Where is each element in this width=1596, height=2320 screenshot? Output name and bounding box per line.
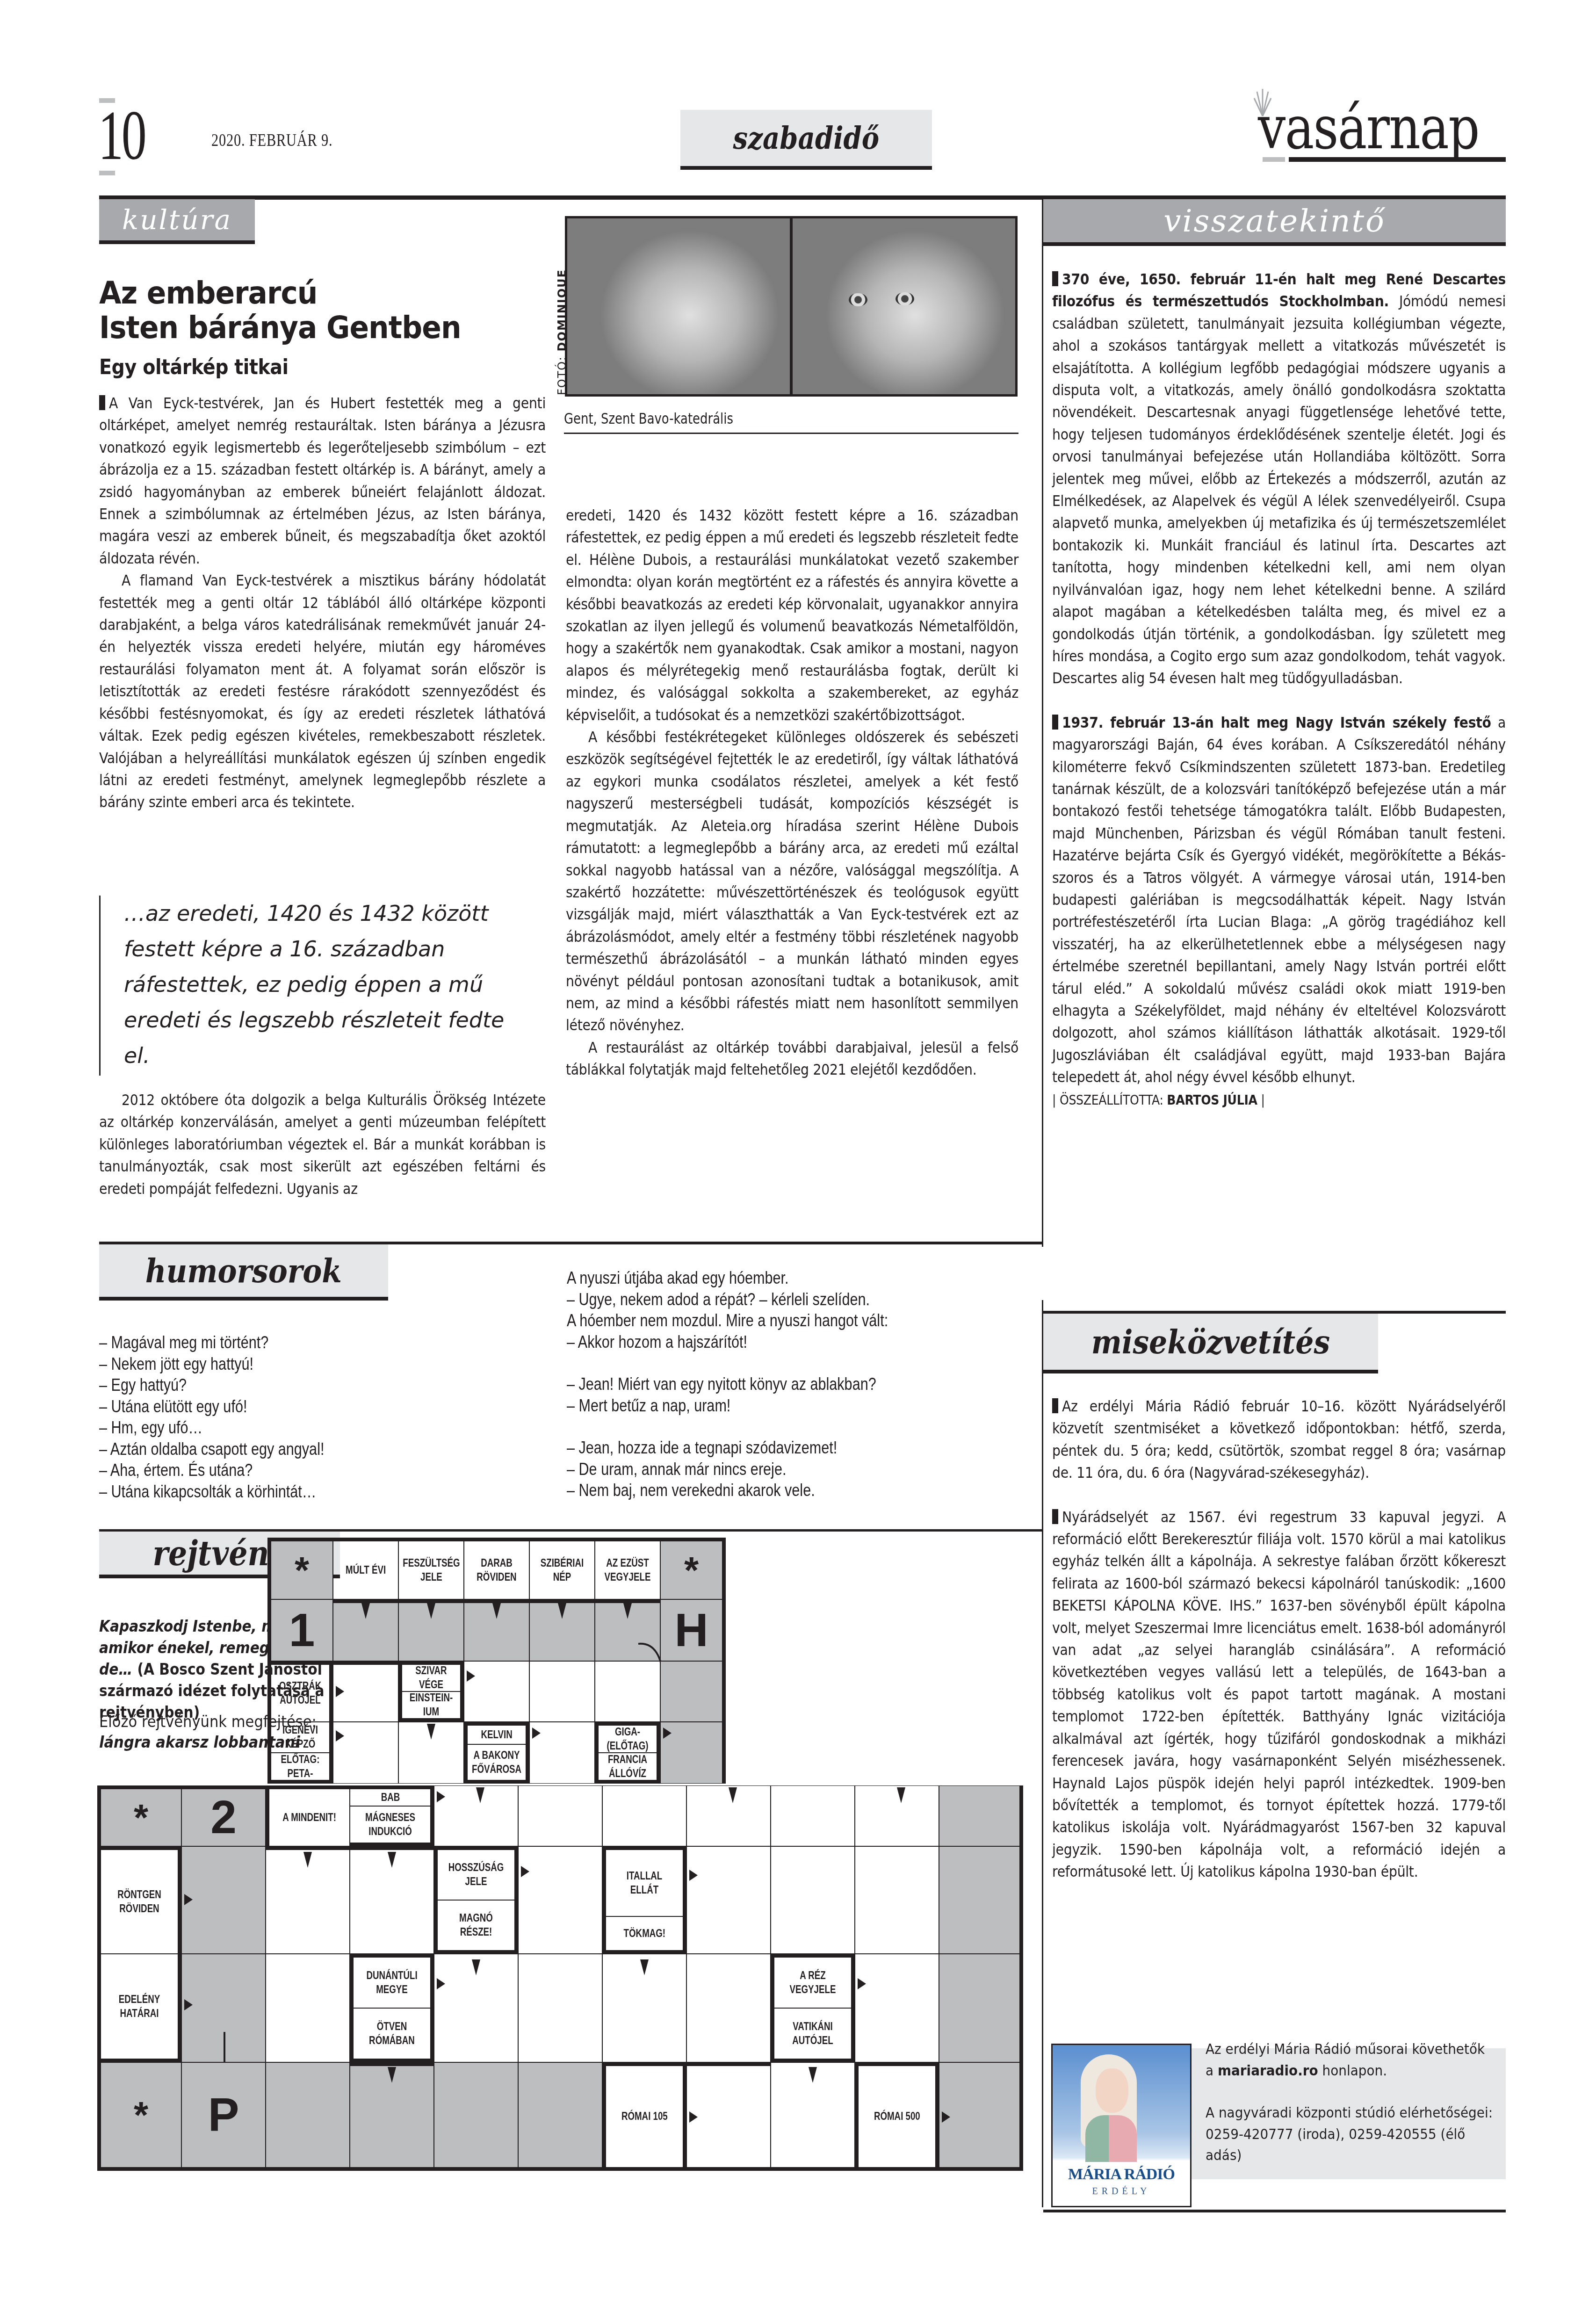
cw-clue: MÚLT ÉVI (333, 1538, 398, 1599)
cw-clue: AZ EZÜST VEGYJELE (595, 1538, 660, 1599)
cw-cell[interactable] (855, 1846, 939, 1954)
cw-clue: BAB (350, 1785, 434, 1806)
pull-quote-text: …az eredeti, 1420 és 1432 között festett… (124, 901, 504, 1068)
cw-cell[interactable] (518, 1785, 602, 1846)
article-paragraph: A flamand Van Eyck-testvérek a misztikus… (99, 570, 546, 814)
cw-clue: ITALLAL ELLÁT (602, 1846, 686, 1916)
cw-cell[interactable] (939, 1846, 1023, 1954)
arrow-right-icon (532, 1727, 541, 1739)
page-number-bar-bottom (99, 171, 115, 175)
arrow-right-icon (689, 2111, 698, 2123)
article-col1-bottom: 2012 októbere óta dolgozik a belga Kultu… (99, 1090, 546, 1200)
cw-clue: IGENÉVI KÉPZŐ (267, 1722, 333, 1753)
lead-marker (1052, 1398, 1058, 1413)
logo-brand: MÁRIA RÁDIÓ (1053, 2166, 1190, 2183)
kultura-label-text: kultúra (122, 204, 232, 236)
misekozvetites-label: miseközvetítés (1043, 1314, 1378, 1373)
page-number: 10 (98, 101, 144, 171)
lamb-eye (849, 293, 867, 306)
cw-clue: FESZÜLTSÉG JELE (398, 1538, 464, 1599)
cw-clue: DARAB RÖVIDEN (464, 1538, 529, 1599)
cw-cell[interactable] (518, 1846, 602, 1954)
article-paragraph: A későbbi festékrétegeket különleges old… (566, 727, 1018, 1037)
lead-marker (1052, 1509, 1058, 1524)
cw-cell[interactable] (939, 1785, 1023, 1846)
radio-website-link[interactable]: mariaradio.ro (1218, 2062, 1318, 2079)
visszatekinto-body: 370 éve, 1650. február 11-én halt meg Re… (1052, 269, 1506, 1111)
article-paragraph: A restaurálást az oltárkép további darab… (566, 1037, 1018, 1082)
section-title: szabadidő (733, 120, 880, 156)
arrow-down-icon (640, 1959, 649, 1975)
nyaradselye-history: Nyárádselyét az 1567. évi regestrum 33 k… (1052, 1507, 1506, 1884)
cw-cell[interactable] (855, 1954, 939, 2062)
cw-clue: ELŐTAG: PETA- (267, 1753, 333, 1784)
arrow-right-icon (942, 2111, 950, 2123)
cw-clue: MAGNÓ RÉSZE! (434, 1900, 518, 1954)
jokes-left: – Magával meg mi történt? – Nekem jött e… (99, 1332, 520, 1502)
jokes-right: A nyuszi útjába akad egy hóember. – Ugye… (567, 1267, 1034, 1501)
visszatekinto-label: visszatekintő (1043, 199, 1506, 246)
cw-clue: A RÉZ VEGYJELE (771, 1954, 855, 2008)
newspaper-logo: vasárnap (1253, 94, 1506, 168)
arrow-right-icon (336, 1686, 344, 1697)
kultura-label: kultúra (99, 199, 255, 244)
cw-cell[interactable] (939, 2062, 1023, 2171)
humorsorok-label-text: humorsorok (145, 1251, 342, 1290)
arrow-right-icon (437, 1978, 445, 1989)
descartes-item: 370 éve, 1650. február 11-én halt meg Re… (1052, 269, 1506, 690)
logo-underline-dark (1289, 157, 1506, 162)
cw-cell[interactable] (686, 1954, 771, 2062)
cw-star: * (97, 1785, 181, 1846)
caption-rule (564, 433, 1018, 434)
logo-region: ERDÉLY (1053, 2186, 1190, 2197)
cw-cell[interactable] (686, 2062, 771, 2171)
lamb-eye (895, 292, 914, 305)
issue-date: 2020. FEBRUÁR 9. (211, 130, 332, 151)
column-divider (1042, 199, 1043, 1247)
cw-clue: TÖKMAG! (602, 1916, 686, 1954)
radio-contact-info: A nagyváradi központi stúdió elérhetőség… (1206, 2103, 1495, 2167)
column-divider (1042, 1300, 1043, 2207)
cw-number: 1 (267, 1599, 333, 1661)
mise-schedule: Az erdélyi Mária Rádió február 10–16. kö… (1052, 1396, 1506, 1485)
arrow-down-icon (361, 1603, 370, 1619)
joke-line: – Aztán oldalba csapott egy angyal! (99, 1438, 457, 1460)
cw-cell[interactable] (595, 1661, 660, 1722)
arrow-down-icon (427, 1724, 435, 1740)
arrow-right-icon (184, 1999, 193, 2010)
joke-line: – Aha, értem. És utána? (99, 1460, 457, 1481)
joke-line: – Utána elütött egy ufó! (99, 1396, 457, 1417)
article-paragraph: 2012 októbere óta dolgozik a belga Kultu… (99, 1090, 546, 1200)
cw-clue: ÖTVEN RÓMÁBAN (350, 2008, 434, 2062)
nagy-istvan-item: 1937. február 13-án halt meg Nagy István… (1052, 712, 1506, 1089)
cw-cell[interactable] (939, 1954, 1023, 2062)
arrow-down-icon (472, 1959, 480, 1975)
arrow-down-icon (492, 1603, 501, 1619)
radio-info-box: MÁRIA RÁDIÓ ERDÉLY Az erdélyi Mária Rádi… (1051, 2048, 1506, 2179)
article-subheadline: Egy oltárkép titkai (99, 355, 289, 379)
arrow-right-icon (858, 1978, 866, 1989)
cw-clue: A MINDENIT! (266, 1785, 350, 1846)
cw-clue: GIGA-(ELŐTAG) (595, 1722, 660, 1753)
byline: | ÖSSZEÁLLÍTOTTA: BARTOS JÚLIA | (1052, 1089, 1506, 1111)
humorsorok-label: humorsorok (99, 1244, 388, 1301)
joke-block: – Jean! Miért van egy nyitott könyv az a… (567, 1373, 1034, 1416)
arrow-down-icon (427, 1603, 435, 1619)
radio-website-info: Az erdélyi Mária Rádió műsorai követhető… (1206, 2039, 1495, 2081)
headline-line-1: Az emberarcú (99, 276, 491, 311)
lead-marker (1052, 715, 1058, 730)
article-col1-top: A Van Eyck-testvérek, Jan és Hubert fest… (99, 393, 546, 814)
arrow-down-icon (303, 1852, 312, 1868)
cw-cell[interactable] (434, 2062, 518, 2171)
arrow-down-icon (476, 1787, 484, 1803)
section-tab: szabadidő (680, 110, 932, 170)
arrow-right-icon (689, 1870, 698, 1881)
cw-cell[interactable] (771, 1846, 855, 1954)
cw-cell[interactable] (602, 1785, 686, 1846)
cw-cell[interactable] (660, 1661, 726, 1722)
cw-clue: EDELÉNY HATÁRAI (97, 1954, 181, 2062)
joke-line: – Utána kikapcsolták a körhintát… (99, 1481, 457, 1503)
article-paragraph: A Van Eyck-testvérek, Jan és Hubert fest… (99, 393, 546, 570)
maria-radio-logo: MÁRIA RÁDIÓ ERDÉLY (1051, 2044, 1192, 2207)
visszatekinto-label-text: visszatekintő (1163, 203, 1386, 239)
logo-wordmark: vasárnap (1258, 98, 1479, 158)
arrow-down-icon (558, 1603, 566, 1619)
cw-clue: MÁGNESES INDUKCIÓ (350, 1806, 434, 1846)
photo-caption: Gent, Szent Bavo-katedrális (564, 410, 733, 427)
article-col2: eredeti, 1420 és 1432 között festett kép… (566, 505, 1018, 1082)
radio-text: Az erdélyi Mária Rádió műsorai követhető… (1206, 2039, 1495, 2167)
cw-clue: RÖNTGEN RÖVIDEN (97, 1846, 181, 1954)
arrow-down-icon (388, 1852, 396, 1868)
joke-line: – Nekem jött egy hattyú! (99, 1353, 457, 1375)
lamb-after-restoration-image (790, 218, 1015, 394)
cw-letter: P (181, 2062, 266, 2171)
cw-star: * (267, 1538, 333, 1599)
arrow-right-icon (663, 1727, 672, 1739)
bottom-rule (1043, 2210, 1506, 2212)
joke-line: – Hm, egy ufó… (99, 1417, 457, 1438)
cw-clue: VATIKÁNI AUTÓJEL (771, 2008, 855, 2062)
arrow-down-icon (623, 1603, 632, 1619)
lead-marker (99, 395, 105, 410)
cw-star: * (660, 1538, 726, 1599)
cw-clue: SZIBÉRIAI NÉP (529, 1538, 595, 1599)
article-headline: Az emberarcú Isten báránya Gentben (99, 276, 491, 345)
lead-marker (1052, 271, 1058, 286)
cw-clue: OSZTRÁK AUTÓJEL (267, 1661, 333, 1722)
arrow-right-icon (336, 1730, 344, 1742)
cw-clue: HOSSZÚSÁG JELE (434, 1846, 518, 1900)
author-name: BARTOS JÚLIA (1167, 1092, 1257, 1108)
cw-cell[interactable] (266, 2062, 350, 2171)
cw-number: 2 (181, 1785, 266, 1846)
rejtveny-label-text: rejtvény (153, 1533, 287, 1573)
lamb-before-restoration-image (567, 218, 790, 394)
cw-clue: DUNÁNTÚLI MEGYE (350, 1954, 434, 2008)
cw-clue: A BAKONY FŐVÁROSA (464, 1744, 529, 1784)
cw-clue: RÓMAI 105 (602, 2062, 686, 2171)
cw-clue: SZIVAR VÉGE (398, 1661, 464, 1691)
arrow-down-icon (388, 2067, 396, 2083)
arrow-down-icon (897, 1787, 905, 1803)
joke-block: A nyuszi útjába akad egy hóember. – Ugye… (567, 1267, 1034, 1352)
logo-robe (1085, 2115, 1137, 2162)
cw-cell[interactable] (529, 1661, 595, 1722)
cw-cell[interactable] (771, 1785, 855, 1846)
arrow-right-icon (437, 1791, 445, 1802)
arrow-right-icon (184, 1894, 193, 1905)
arrow-right-icon (521, 1866, 529, 1877)
cw-cell[interactable] (181, 1846, 266, 1954)
article-paragraph: eredeti, 1420 és 1432 között festett kép… (566, 505, 1018, 727)
logo-underline-grey (1263, 157, 1285, 162)
arrow-right-icon (467, 1670, 475, 1682)
cw-cell[interactable] (266, 1954, 350, 2062)
joke-line: – Magával meg mi történt? (99, 1332, 457, 1353)
cw-cell[interactable] (518, 1954, 602, 2062)
pull-quote: …az eredeti, 1420 és 1432 között festett… (99, 896, 534, 1076)
cw-cell[interactable] (686, 1846, 771, 1954)
misekozvetites-label-text: miseközvetítés (1091, 1323, 1330, 1361)
cw-star: * (97, 2062, 181, 2171)
cw-clue: EINSTEIN-IUM (398, 1691, 464, 1722)
cw-clue: FRANCIA ÁLLÓVÍZ (595, 1753, 660, 1784)
arrow-down-icon (729, 1787, 737, 1803)
cw-clue: RÓMAI 500 (855, 2062, 939, 2171)
mise-body: Az erdélyi Mária Rádió február 10–16. kö… (1052, 1396, 1506, 1884)
article-photo (565, 216, 1018, 397)
cw-clue: KELVIN (464, 1722, 529, 1744)
logo-face (1096, 2068, 1128, 2113)
arrow-down-icon (809, 2067, 817, 2083)
joke-block: – Jean, hozza ide a tegnapi szódavizemet… (567, 1437, 1034, 1501)
joke-line: – Egy hattyú? (99, 1374, 457, 1396)
headline-line-2: Isten báránya Gentben (99, 311, 491, 345)
cw-cell[interactable] (518, 2062, 602, 2171)
